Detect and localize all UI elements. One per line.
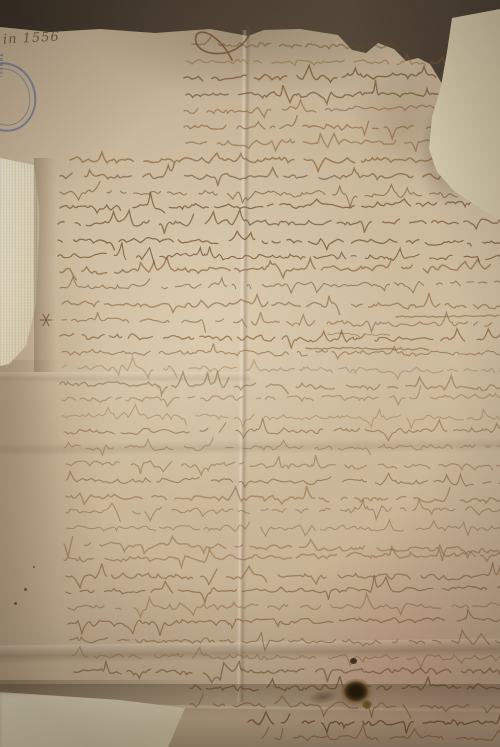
script-line <box>184 64 455 83</box>
script-line <box>64 417 500 442</box>
interlinear-script-line <box>328 333 395 337</box>
script-line <box>72 647 500 669</box>
script-line <box>64 437 500 456</box>
script-line <box>60 272 500 297</box>
script-line <box>60 188 500 214</box>
script-line <box>62 343 500 360</box>
script-line <box>62 308 500 335</box>
script-line <box>60 324 500 351</box>
stamp-text: ISTERE <box>0 52 5 77</box>
script-line <box>262 724 500 741</box>
script-line <box>60 370 500 398</box>
script-line <box>66 520 500 537</box>
script-line <box>68 609 500 637</box>
ink-speck <box>24 588 27 591</box>
script-line <box>60 164 497 187</box>
handwriting-svg <box>0 0 500 747</box>
date-inscription: in 1556 <box>3 30 60 48</box>
ink-speck <box>14 602 17 605</box>
script-line <box>62 385 500 408</box>
script-line <box>58 230 500 252</box>
script-line <box>58 208 500 235</box>
wormhole-speck <box>362 700 372 709</box>
script-line <box>186 80 450 105</box>
script-line <box>186 133 436 154</box>
script-line <box>62 291 500 315</box>
script-line <box>66 471 500 490</box>
script-line <box>64 543 500 569</box>
script-line <box>70 628 500 652</box>
script-line <box>66 483 500 508</box>
script-line <box>184 115 449 138</box>
strikethrough-stroke <box>306 347 429 350</box>
wormhole-speck <box>350 658 357 664</box>
script-line <box>66 562 500 589</box>
manuscript-photo: ISTERE in 1556 <box>0 0 500 747</box>
script-line <box>184 98 454 118</box>
script-line <box>62 357 500 380</box>
script-line <box>74 660 500 684</box>
script-line <box>68 593 500 617</box>
script-line <box>66 453 500 477</box>
ink-speck <box>33 566 35 568</box>
fabric-ribbon-shadow <box>34 158 56 372</box>
script-line <box>70 152 449 172</box>
script-line <box>62 404 500 429</box>
script-line <box>192 35 398 50</box>
